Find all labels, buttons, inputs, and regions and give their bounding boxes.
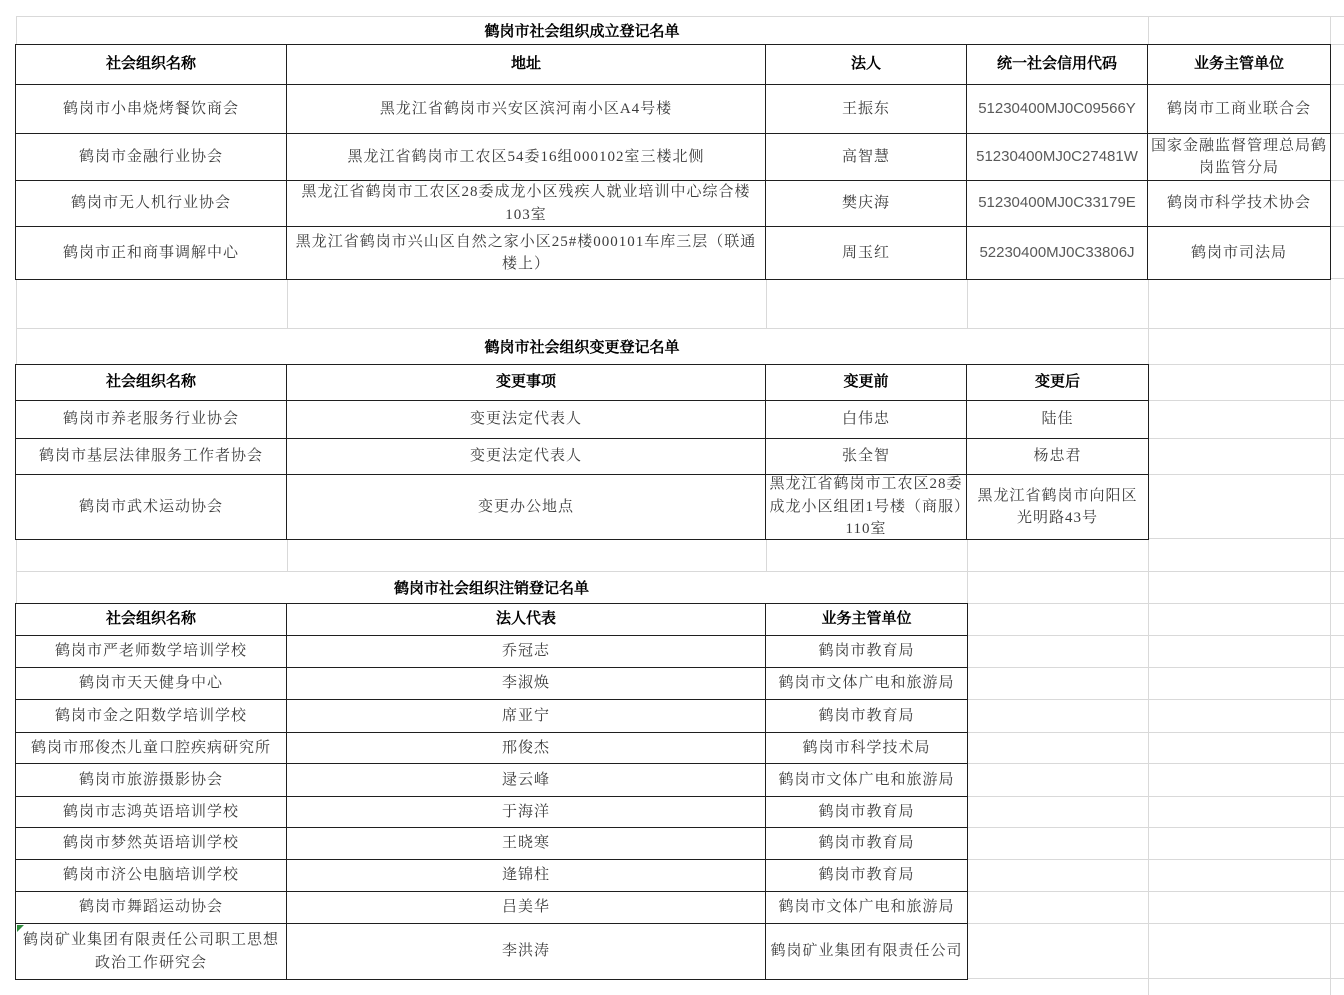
cell-cancellation-r0-c1[interactable]: 乔冠志 <box>287 636 766 668</box>
cell-cancellation-r5-c0[interactable]: 鹤岗市志鸿英语培训学校 <box>16 797 287 828</box>
cell-cancellation-r6-c0[interactable]: 鹤岗市梦然英语培训学校 <box>16 828 287 860</box>
cell-establishment-r1-c4[interactable]: 国家金融监督管理总局鹤岗监管分局 <box>1148 134 1330 181</box>
header-cancellation-col0[interactable]: 社会组织名称 <box>16 604 287 636</box>
cell-establishment-r2-c4[interactable]: 鹤岗市科学技术协会 <box>1148 181 1330 227</box>
cell-cancellation-r3-c1[interactable]: 邢俊杰 <box>287 733 766 764</box>
cell-cancellation-r1-c0[interactable]: 鹤岗市天天健身中心 <box>16 668 287 700</box>
cell-change-r1-c0[interactable]: 鹤岗市基层法律服务工作者协会 <box>16 439 287 475</box>
cell-establishment-r2-c0[interactable]: 鹤岗市无人机行业协会 <box>16 181 287 227</box>
table-change: 社会组织名称变更事项变更前变更后鹤岗市养老服务行业协会变更法定代表人白伟忠陆佳鹤… <box>15 364 1149 540</box>
header-cancellation-col1[interactable]: 法人代表 <box>287 604 766 636</box>
cell-change-r2-c1[interactable]: 变更办公地点 <box>287 475 766 539</box>
cell-establishment-r1-c1[interactable]: 黑龙江省鹤岗市工农区54委16组000102室三楼北侧 <box>287 134 766 181</box>
cell-cancellation-r2-c0[interactable]: 鹤岗市金之阳数学培训学校 <box>16 700 287 733</box>
cell-establishment-r3-c4[interactable]: 鹤岗市司法局 <box>1148 227 1330 279</box>
cell-cancellation-r3-c0[interactable]: 鹤岗市邢俊杰儿童口腔疾病研究所 <box>16 733 287 764</box>
header-change-col2[interactable]: 变更前 <box>766 365 967 401</box>
error-indicator-icon <box>17 925 24 932</box>
cell-establishment-r3-c3[interactable]: 52230400MJ0C33806J <box>967 227 1148 279</box>
cell-cancellation-r7-c2[interactable]: 鹤岗市教育局 <box>766 860 967 892</box>
cell-establishment-r2-c1[interactable]: 黑龙江省鹤岗市工农区28委成龙小区残疾人就业培训中心综合楼103室 <box>287 181 766 227</box>
cell-cancellation-r4-c2[interactable]: 鹤岗市文体广电和旅游局 <box>766 764 967 797</box>
header-establishment-col2[interactable]: 法人 <box>766 45 967 85</box>
cell-change-r0-c3[interactable]: 陆佳 <box>967 401 1148 439</box>
header-establishment-col4[interactable]: 业务主管单位 <box>1148 45 1330 85</box>
cell-cancellation-r5-c2[interactable]: 鹤岗市教育局 <box>766 797 967 828</box>
cell-cancellation-r1-c2[interactable]: 鹤岗市文体广电和旅游局 <box>766 668 967 700</box>
cell-establishment-r0-c0[interactable]: 鹤岗市小串烧烤餐饮商会 <box>16 85 287 134</box>
cell-establishment-r0-c1[interactable]: 黑龙江省鹤岗市兴安区滨河南小区A4号楼 <box>287 85 766 134</box>
cell-establishment-r0-c4[interactable]: 鹤岗市工商业联合会 <box>1148 85 1330 134</box>
cell-change-r2-c2[interactable]: 黑龙江省鹤岗市工农区28委成龙小区组团1号楼（商服）110室 <box>766 475 967 539</box>
cell-cancellation-r0-c0[interactable]: 鹤岗市严老师数学培训学校 <box>16 636 287 668</box>
table-title-change[interactable]: 鹤岗市社会组织变更登记名单 <box>17 329 1147 364</box>
cell-establishment-r0-c2[interactable]: 王振东 <box>766 85 967 134</box>
cell-establishment-r3-c0[interactable]: 鹤岗市正和商事调解中心 <box>16 227 287 279</box>
cell-cancellation-r9-c1[interactable]: 李洪涛 <box>287 924 766 979</box>
cell-establishment-r1-c3[interactable]: 51230400MJ0C27481W <box>967 134 1148 181</box>
cell-change-r2-c0[interactable]: 鹤岗市武术运动协会 <box>16 475 287 539</box>
table-cancellation: 社会组织名称法人代表业务主管单位鹤岗市严老师数学培训学校乔冠志鹤岗市教育局鹤岗市… <box>15 603 968 980</box>
cell-cancellation-r6-c1[interactable]: 王晓寒 <box>287 828 766 860</box>
cell-cancellation-r8-c1[interactable]: 吕美华 <box>287 892 766 924</box>
cell-cancellation-r8-c2[interactable]: 鹤岗市文体广电和旅游局 <box>766 892 967 924</box>
cell-change-r2-c3[interactable]: 黑龙江省鹤岗市向阳区光明路43号 <box>967 475 1148 539</box>
header-cancellation-col2[interactable]: 业务主管单位 <box>766 604 967 636</box>
cell-cancellation-r5-c1[interactable]: 于海洋 <box>287 797 766 828</box>
header-change-col3[interactable]: 变更后 <box>967 365 1148 401</box>
cell-cancellation-r3-c2[interactable]: 鹤岗市科学技术局 <box>766 733 967 764</box>
header-establishment-col1[interactable]: 地址 <box>287 45 766 85</box>
cell-establishment-r1-c0[interactable]: 鹤岗市金融行业协会 <box>16 134 287 181</box>
header-establishment-col3[interactable]: 统一社会信用代码 <box>967 45 1148 85</box>
table-title-establishment[interactable]: 鹤岗市社会组织成立登记名单 <box>17 17 1147 44</box>
cell-cancellation-r9-c2[interactable]: 鹤岗矿业集团有限责任公司 <box>766 924 967 979</box>
cell-cancellation-r1-c1[interactable]: 李淑焕 <box>287 668 766 700</box>
cell-cancellation-r8-c0[interactable]: 鹤岗市舞蹈运动协会 <box>16 892 287 924</box>
spreadsheet-sheet: 鹤岗市社会组织成立登记名单社会组织名称地址法人统一社会信用代码业务主管单位鹤岗市… <box>0 0 1344 995</box>
header-change-col0[interactable]: 社会组织名称 <box>16 365 287 401</box>
header-change-col1[interactable]: 变更事项 <box>287 365 766 401</box>
cell-cancellation-r2-c1[interactable]: 席亚宁 <box>287 700 766 733</box>
cell-cancellation-r7-c1[interactable]: 逄锦柱 <box>287 860 766 892</box>
header-establishment-col0[interactable]: 社会组织名称 <box>16 45 287 85</box>
cell-cancellation-r2-c2[interactable]: 鹤岗市教育局 <box>766 700 967 733</box>
cell-cancellation-r4-c1[interactable]: 逯云峰 <box>287 764 766 797</box>
cell-change-r1-c2[interactable]: 张全智 <box>766 439 967 475</box>
cell-change-r1-c3[interactable]: 杨忠君 <box>967 439 1148 475</box>
table-establishment: 社会组织名称地址法人统一社会信用代码业务主管单位鹤岗市小串烧烤餐饮商会黑龙江省鹤… <box>15 44 1331 280</box>
cell-establishment-r2-c3[interactable]: 51230400MJ0C33179E <box>967 181 1148 227</box>
cell-change-r0-c0[interactable]: 鹤岗市养老服务行业协会 <box>16 401 287 439</box>
cell-change-r1-c1[interactable]: 变更法定代表人 <box>287 439 766 475</box>
cell-cancellation-r4-c0[interactable]: 鹤岗市旅游摄影协会 <box>16 764 287 797</box>
cell-establishment-r3-c1[interactable]: 黑龙江省鹤岗市兴山区自然之家小区25#楼000101车库三层（联通楼上） <box>287 227 766 279</box>
cell-cancellation-r7-c0[interactable]: 鹤岗市济公电脑培训学校 <box>16 860 287 892</box>
cell-establishment-r2-c2[interactable]: 樊庆海 <box>766 181 967 227</box>
cell-establishment-r0-c3[interactable]: 51230400MJ0C09566Y <box>967 85 1148 134</box>
cell-change-r0-c2[interactable]: 白伟忠 <box>766 401 967 439</box>
cell-cancellation-r6-c2[interactable]: 鹤岗市教育局 <box>766 828 967 860</box>
cell-establishment-r3-c2[interactable]: 周玉红 <box>766 227 967 279</box>
cell-establishment-r1-c2[interactable]: 高智慧 <box>766 134 967 181</box>
cell-change-r0-c1[interactable]: 变更法定代表人 <box>287 401 766 439</box>
cell-cancellation-r9-c0[interactable]: 鹤岗矿业集团有限责任公司职工思想政治工作研究会 <box>16 924 287 979</box>
cell-cancellation-r0-c2[interactable]: 鹤岗市教育局 <box>766 636 967 668</box>
table-title-cancellation[interactable]: 鹤岗市社会组织注销登记名单 <box>17 572 966 603</box>
